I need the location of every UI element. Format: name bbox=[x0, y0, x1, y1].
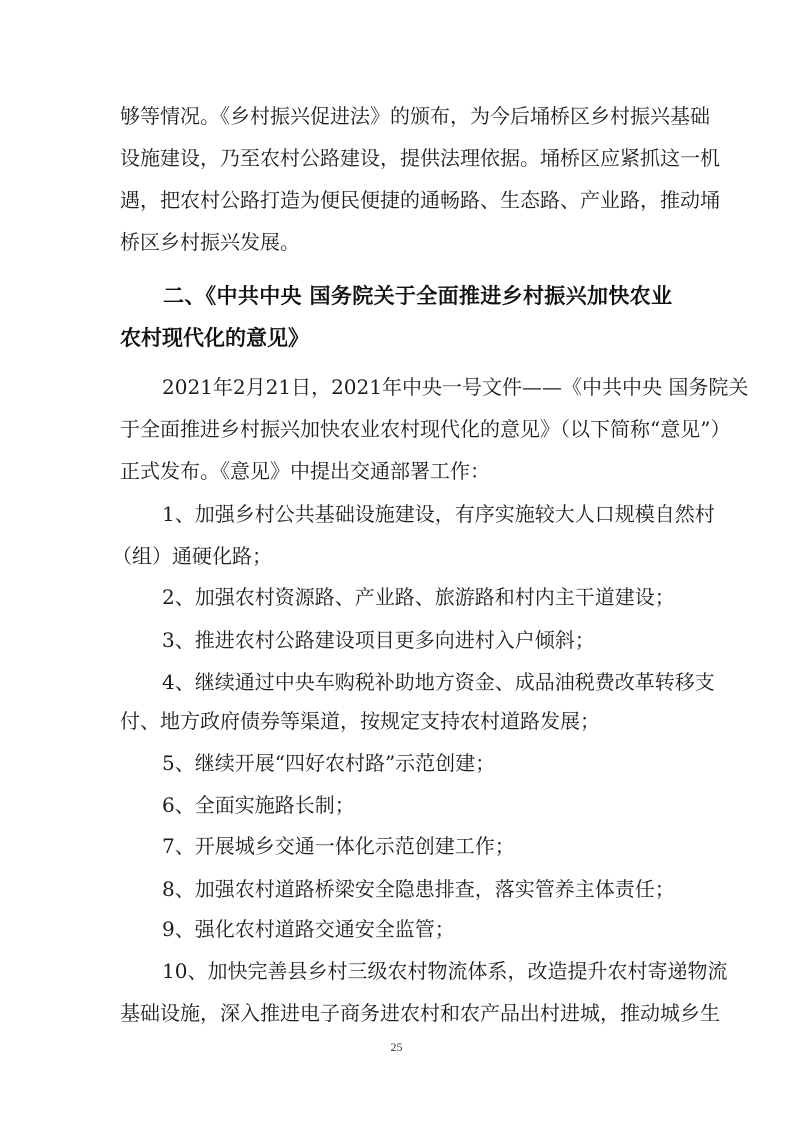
list-item-line: 7、开展城乡交通一体化示范创建工作； bbox=[162, 825, 672, 867]
section-heading-line: 农村现代化的意见》 bbox=[120, 317, 309, 359]
section-heading-line: 二、《中共中央 国务院关于全面推进乡村振兴加快农业 bbox=[163, 275, 672, 317]
paragraph-line: 设施建设，乃至农村公路建设，提供法理依据。埇桥区应紧抓这一机 bbox=[120, 137, 672, 179]
paragraph-line: 桥区乡村振兴发展。 bbox=[120, 221, 672, 263]
list-item-line: 2、加强农村资源路、产业路、旅游路和村内主干道建设； bbox=[162, 576, 672, 618]
page-number: 25 bbox=[0, 1040, 793, 1055]
paragraph-line: 够等情况。《乡村振兴促进法》的颁布，为今后埇桥区乡村振兴基础 bbox=[120, 95, 672, 137]
list-item-line: 3、推进农村公路建设项目更多向进村入户倾斜； bbox=[162, 619, 672, 661]
list-item-line: 基础设施，深入推进电子商务进农村和农产品出村进城，推动城乡生 bbox=[120, 992, 672, 1034]
paragraph-line: 2021年2月21日，2021年中央一号文件——《中共中央 国务院关 bbox=[162, 366, 672, 408]
list-item-line: （组）通硬化路； bbox=[112, 535, 664, 577]
paragraph-line: 正式发布。《意见》中提出交通部署工作： bbox=[120, 450, 672, 492]
list-item-line: 8、加强农村道路桥梁安全隐患排查，落实管养主体责任； bbox=[162, 868, 672, 910]
paragraph-line: 于全面推进乡村振兴加快农业农村现代化的意见》（以下简称“意见”） bbox=[120, 408, 672, 450]
document-page: 够等情况。《乡村振兴促进法》的颁布，为今后埇桥区乡村振兴基础 设施建设，乃至农村… bbox=[0, 0, 793, 1122]
list-item-line: 10、加快完善县乡村三级农村物流体系，改造提升农村寄递物流 bbox=[162, 950, 672, 992]
list-item-line: 付、地方政府债券等渠道，按规定支持农村道路发展； bbox=[120, 700, 672, 742]
list-item-line: 9、强化农村道路交通安全监管； bbox=[162, 908, 672, 950]
paragraph-line: 遇，把农村公路打造为便民便捷的通畅路、生态路、产业路，推动埇 bbox=[120, 179, 672, 221]
list-item-line: 4、继续通过中央车购税补助地方资金、成品油税费改革转移支 bbox=[162, 661, 672, 703]
list-item-line: 5、继续开展“四好农村路”示范创建； bbox=[162, 742, 672, 784]
list-item-line: 1、加强乡村公共基础设施建设，有序实施较大人口规模自然村 bbox=[162, 493, 672, 535]
list-item-line: 6、全面实施路长制； bbox=[162, 784, 672, 826]
